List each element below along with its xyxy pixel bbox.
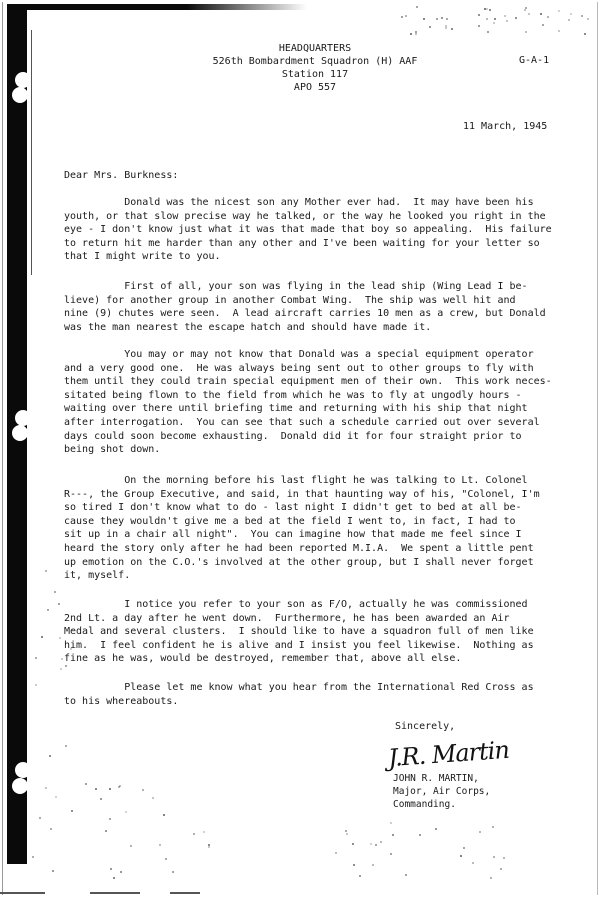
salutation: Dear Mrs. Burkness:	[64, 170, 178, 181]
signer-name: JOHN R. MARTIN,	[393, 772, 490, 785]
scan-speckle	[416, 6, 418, 8]
letterhead-station: Station 117	[200, 68, 430, 81]
scan-speckle	[45, 570, 47, 572]
scan-speckle	[436, 18, 438, 20]
punch-hole-icon	[12, 87, 28, 103]
closing: Sincerely,	[395, 721, 455, 732]
scan-speckle	[41, 636, 43, 638]
scan-speckle	[558, 10, 560, 12]
scan-speckle	[504, 15, 506, 17]
letterhead-apo: APO 557	[200, 81, 430, 94]
inner-rule	[31, 30, 32, 275]
scan-speckle	[58, 603, 60, 605]
scan-speckle	[152, 797, 154, 799]
scan-speckle	[584, 33, 586, 35]
scan-speckle	[419, 834, 421, 836]
scan-speckle	[50, 828, 52, 830]
letterhead-unit: 526th Bombardment Squadron (H) AAF	[200, 55, 430, 68]
punch-hole-icon	[15, 410, 31, 426]
punch-hole-icon	[12, 778, 28, 794]
scan-speckle	[113, 877, 115, 879]
scan-speckle	[405, 15, 407, 17]
scan-speckle	[163, 814, 165, 816]
signer-rank: Major, Air Corps,	[393, 785, 490, 798]
scan-speckle	[390, 822, 392, 824]
document-code: G-A-1	[519, 55, 549, 66]
paragraph: On the morning before his last flight he…	[64, 474, 564, 583]
scan-speckle	[478, 14, 480, 16]
scan-speckle	[353, 864, 355, 866]
scan-speckle	[120, 871, 122, 873]
scan-speckle	[71, 629, 73, 631]
signer-role: Commanding.	[393, 798, 490, 811]
scan-speckle	[490, 877, 492, 879]
paragraph: First of all, your son was flying in the…	[64, 280, 564, 334]
scan-speckle	[410, 33, 412, 35]
paragraph: I notice you refer to your son as F/O, a…	[64, 598, 564, 666]
scan-speckle	[85, 783, 87, 785]
scan-speckle	[515, 17, 517, 19]
scan-speckle	[45, 787, 47, 789]
bottom-streak	[90, 892, 140, 894]
scan-speckle	[193, 833, 195, 835]
scan-speckle	[70, 648, 72, 650]
scan-speckle	[503, 857, 505, 859]
punch-hole-icon	[15, 72, 31, 88]
paragraph: Donald was the nicest son any Mother eve…	[64, 196, 564, 264]
scan-speckle	[109, 818, 111, 820]
scan-speckle	[547, 16, 549, 18]
top-edge-shadow	[7, 4, 307, 10]
letterhead: HEADQUARTERS 526th Bombardment Squadron …	[200, 42, 430, 94]
punch-hole-icon	[15, 762, 31, 778]
punch-hole-icon	[12, 425, 28, 441]
scan-speckle	[392, 834, 394, 836]
bottom-streak	[0, 892, 45, 894]
scan-speckle	[484, 8, 486, 10]
signer-block: JOHN R. MARTIN, Major, Air Corps, Comman…	[393, 772, 490, 811]
scan-speckle	[380, 841, 382, 843]
scan-speckle	[486, 18, 488, 20]
scan-speckle	[493, 22, 495, 24]
bottom-streak	[170, 892, 200, 894]
scan-speckle	[95, 788, 97, 790]
letterhead-title: HEADQUARTERS	[200, 42, 430, 55]
scan-speckle	[441, 17, 443, 19]
scan-speckle	[487, 31, 489, 33]
scan-speckle	[109, 788, 111, 790]
scan-speckle	[486, 8, 488, 10]
scan-speckle	[60, 668, 62, 670]
scan-speckle	[405, 874, 407, 876]
scan-speckle	[52, 870, 54, 872]
letter-date: 11 March, 1945	[463, 121, 547, 132]
scan-speckle	[415, 33, 417, 35]
paragraph: Please let me know what you hear from th…	[64, 681, 564, 708]
scan-speckle	[105, 830, 107, 832]
scan-speckle	[359, 875, 361, 877]
paragraph: You may or may not know that Donald was …	[64, 348, 564, 457]
scan-speckle	[159, 844, 161, 846]
scan-speckle	[489, 9, 491, 11]
scan-speckle	[346, 833, 348, 835]
scan-speckle	[32, 856, 34, 858]
